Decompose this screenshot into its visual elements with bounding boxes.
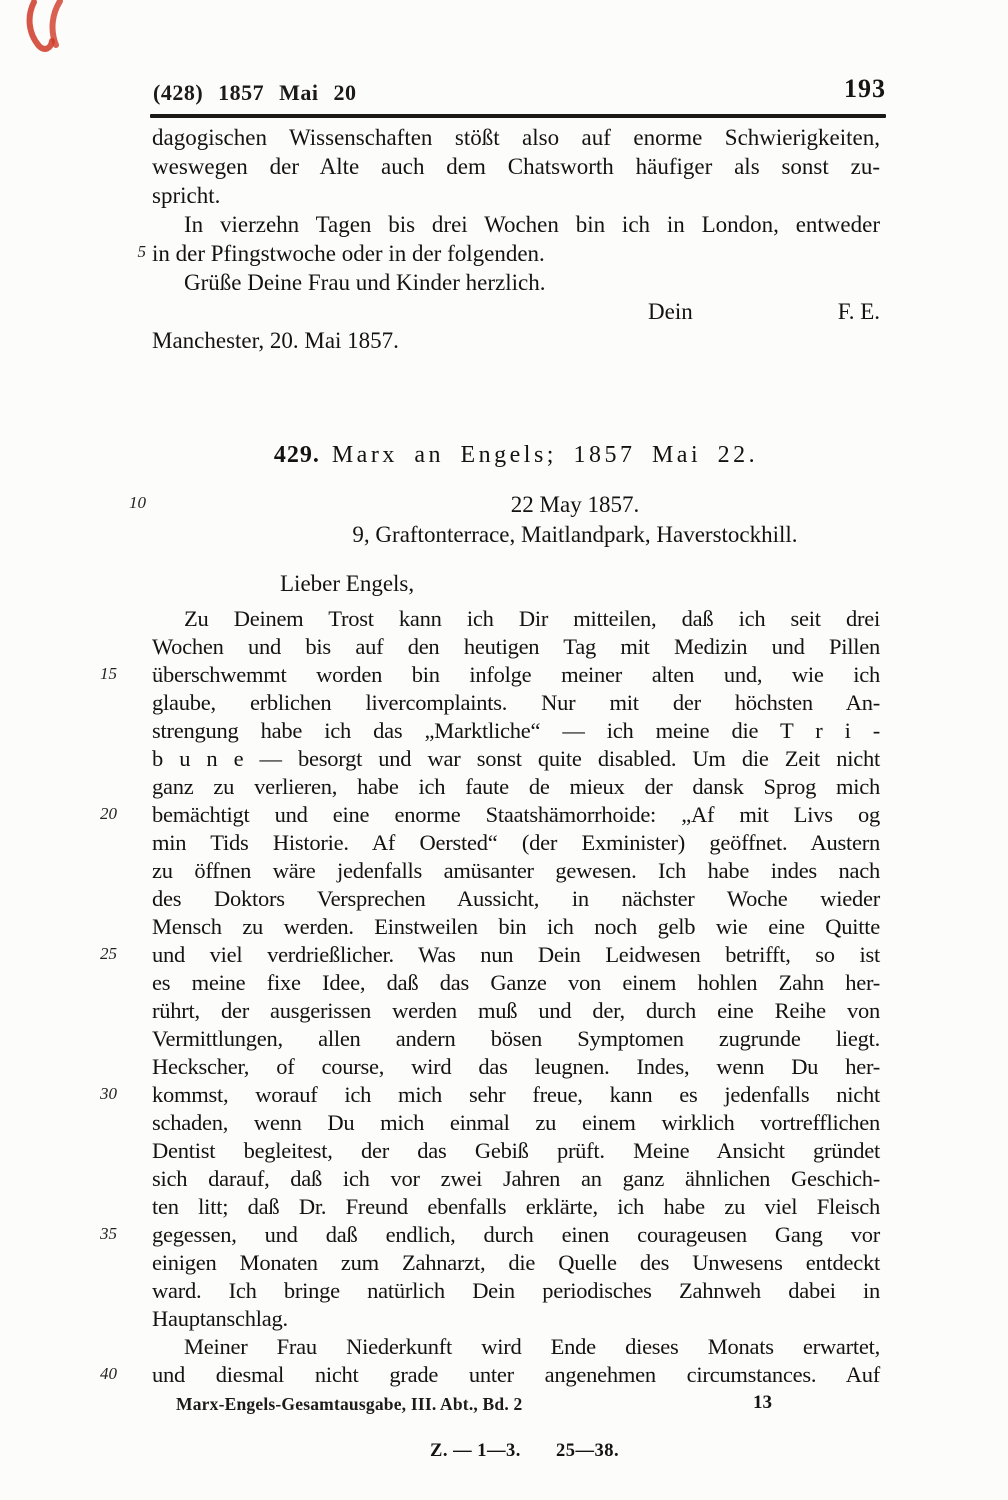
letter-date-line: 1022 May 1857. (152, 490, 880, 520)
salutation: Lieber Engels, (152, 569, 880, 599)
text-line: rührt, der ausgerissen werden muß und de… (152, 997, 880, 1025)
letter-428-text: dagogischen Wissenschaften stößt also au… (152, 123, 880, 297)
text-line: Vermittlungen, allen andern bösen Sympto… (152, 1025, 880, 1053)
text-line: Hauptanschlag. (152, 1305, 880, 1333)
text-line: ten litt; daß Dr. Freund ebenfalls erklä… (152, 1193, 880, 1221)
text-line: Heckscher, of course, wird das leugnen. … (152, 1053, 880, 1081)
margin-line-number: 40 (100, 1365, 146, 1382)
text-line: Dentist begleitest, der das Gebiß prüft.… (152, 1137, 880, 1165)
footer-sheet-number: 13 (753, 1392, 772, 1414)
text-line: weswegen der Alte auch dem Chatsworth hä… (152, 152, 880, 181)
running-head: (428) 1857 Mai 20 (153, 80, 357, 106)
letter-number: 429. (274, 442, 320, 468)
apparatus-note-left: Z. — 1—3. (430, 1441, 521, 1462)
margin-line-number: 35 (100, 1225, 146, 1242)
margin-line-number: 5 (100, 243, 146, 260)
text-line: Wochen und bis auf den heutigen Tag mit … (152, 633, 880, 661)
page-number: 193 (844, 74, 886, 104)
margin-line-number: 10 (100, 494, 146, 511)
header-rule (150, 114, 886, 118)
signature-initials: F. E. (838, 297, 880, 326)
apparatus-note-right: 25—38. (556, 1441, 619, 1462)
margin-line-number: 20 (100, 805, 146, 822)
text-line: schaden, wenn Du mich einmal zu einem wi… (152, 1109, 880, 1137)
text-line: strengung habe ich das „Marktliche“ — ic… (152, 717, 880, 745)
letter-428-closing: dagogischen Wissenschaften stößt also au… (152, 123, 880, 355)
text-line: 40und diesmal nicht grade unter angenehm… (152, 1361, 880, 1389)
letter-429-body: Zu Deinem Trost kann ich Dir mitteilen, … (152, 605, 880, 1389)
letter-429-head: 429.Marx an Engels; 1857 Mai 22. 1022 Ma… (152, 440, 880, 599)
text-line: dagogischen Wissenschaften stößt also au… (152, 123, 880, 152)
text-line: 30kommst, worauf ich mich sehr freue, ka… (152, 1081, 880, 1109)
text-line: einigen Monaten zum Zahnarzt, die Quelle… (152, 1249, 880, 1277)
text-line: ward. Ich bringe natürlich Dein periodis… (152, 1277, 880, 1305)
footer-imprint: Marx-Engels-Gesamtausgabe, III. Abt., Bd… (176, 1394, 522, 1415)
letter-date: 22 May 1857. (511, 492, 639, 517)
text-line: min Tids Historie. Af Oersted“ (der Exmi… (152, 829, 880, 857)
letter-address-line: 9, Graftonterrace, Maitlandpark, Haverst… (152, 520, 880, 550)
text-line: 5in der Pfingstwoche oder in der folgend… (152, 239, 880, 268)
red-pen-mark (20, 0, 76, 58)
text-line: glaube, erblichen livercomplaints. Nur m… (152, 689, 880, 717)
text-line: ganz zu verlieren, habe ich faute de mie… (152, 773, 880, 801)
text-line: spricht. (152, 181, 880, 210)
place-date-line: Manchester, 20. Mai 1857. (152, 326, 880, 355)
letter-heading: 429.Marx an Engels; 1857 Mai 22. (152, 440, 880, 470)
margin-line-number: 15 (100, 665, 146, 682)
text-line: 15überschwemmt worden bin infolge meiner… (152, 661, 880, 689)
signature-line: Dein F. E. (152, 297, 880, 326)
text-line: des Doktors Versprechen Aussicht, in näc… (152, 885, 880, 913)
margin-line-number: 25 (100, 945, 146, 962)
letter-heading-title: Marx an Engels; 1857 Mai 22. (332, 442, 758, 468)
book-page: (428) 1857 Mai 20 193 dagogischen Wissen… (0, 0, 1008, 1500)
text-line: zu öffnen wäre jedenfalls amüsanter gewe… (152, 857, 880, 885)
margin-line-number: 30 (100, 1085, 146, 1102)
text-line: Meiner Frau Niederkunft wird Ende dieses… (152, 1333, 880, 1361)
text-line: In vierzehn Tagen bis drei Wochen bin ic… (152, 210, 880, 239)
signature-dein: Dein (648, 297, 693, 326)
text-line: 25und viel verdrießlicher. Was nun Dein … (152, 941, 880, 969)
text-line: 20bemächtigt und eine enorme Staatshämor… (152, 801, 880, 829)
text-line: sich darauf, daß ich vor zwei Jahren an … (152, 1165, 880, 1193)
text-line: Grüße Deine Frau und Kinder herzlich. (152, 268, 880, 297)
text-line: 35gegessen, und daß endlich, durch einen… (152, 1221, 880, 1249)
text-line: Zu Deinem Trost kann ich Dir mitteilen, … (152, 605, 880, 633)
text-line: es meine fixe Idee, daß das Ganze von ei… (152, 969, 880, 997)
text-line: b u n e — besorgt und war sonst quite di… (152, 745, 880, 773)
text-line: Mensch zu werden. Einstweilen bin ich no… (152, 913, 880, 941)
